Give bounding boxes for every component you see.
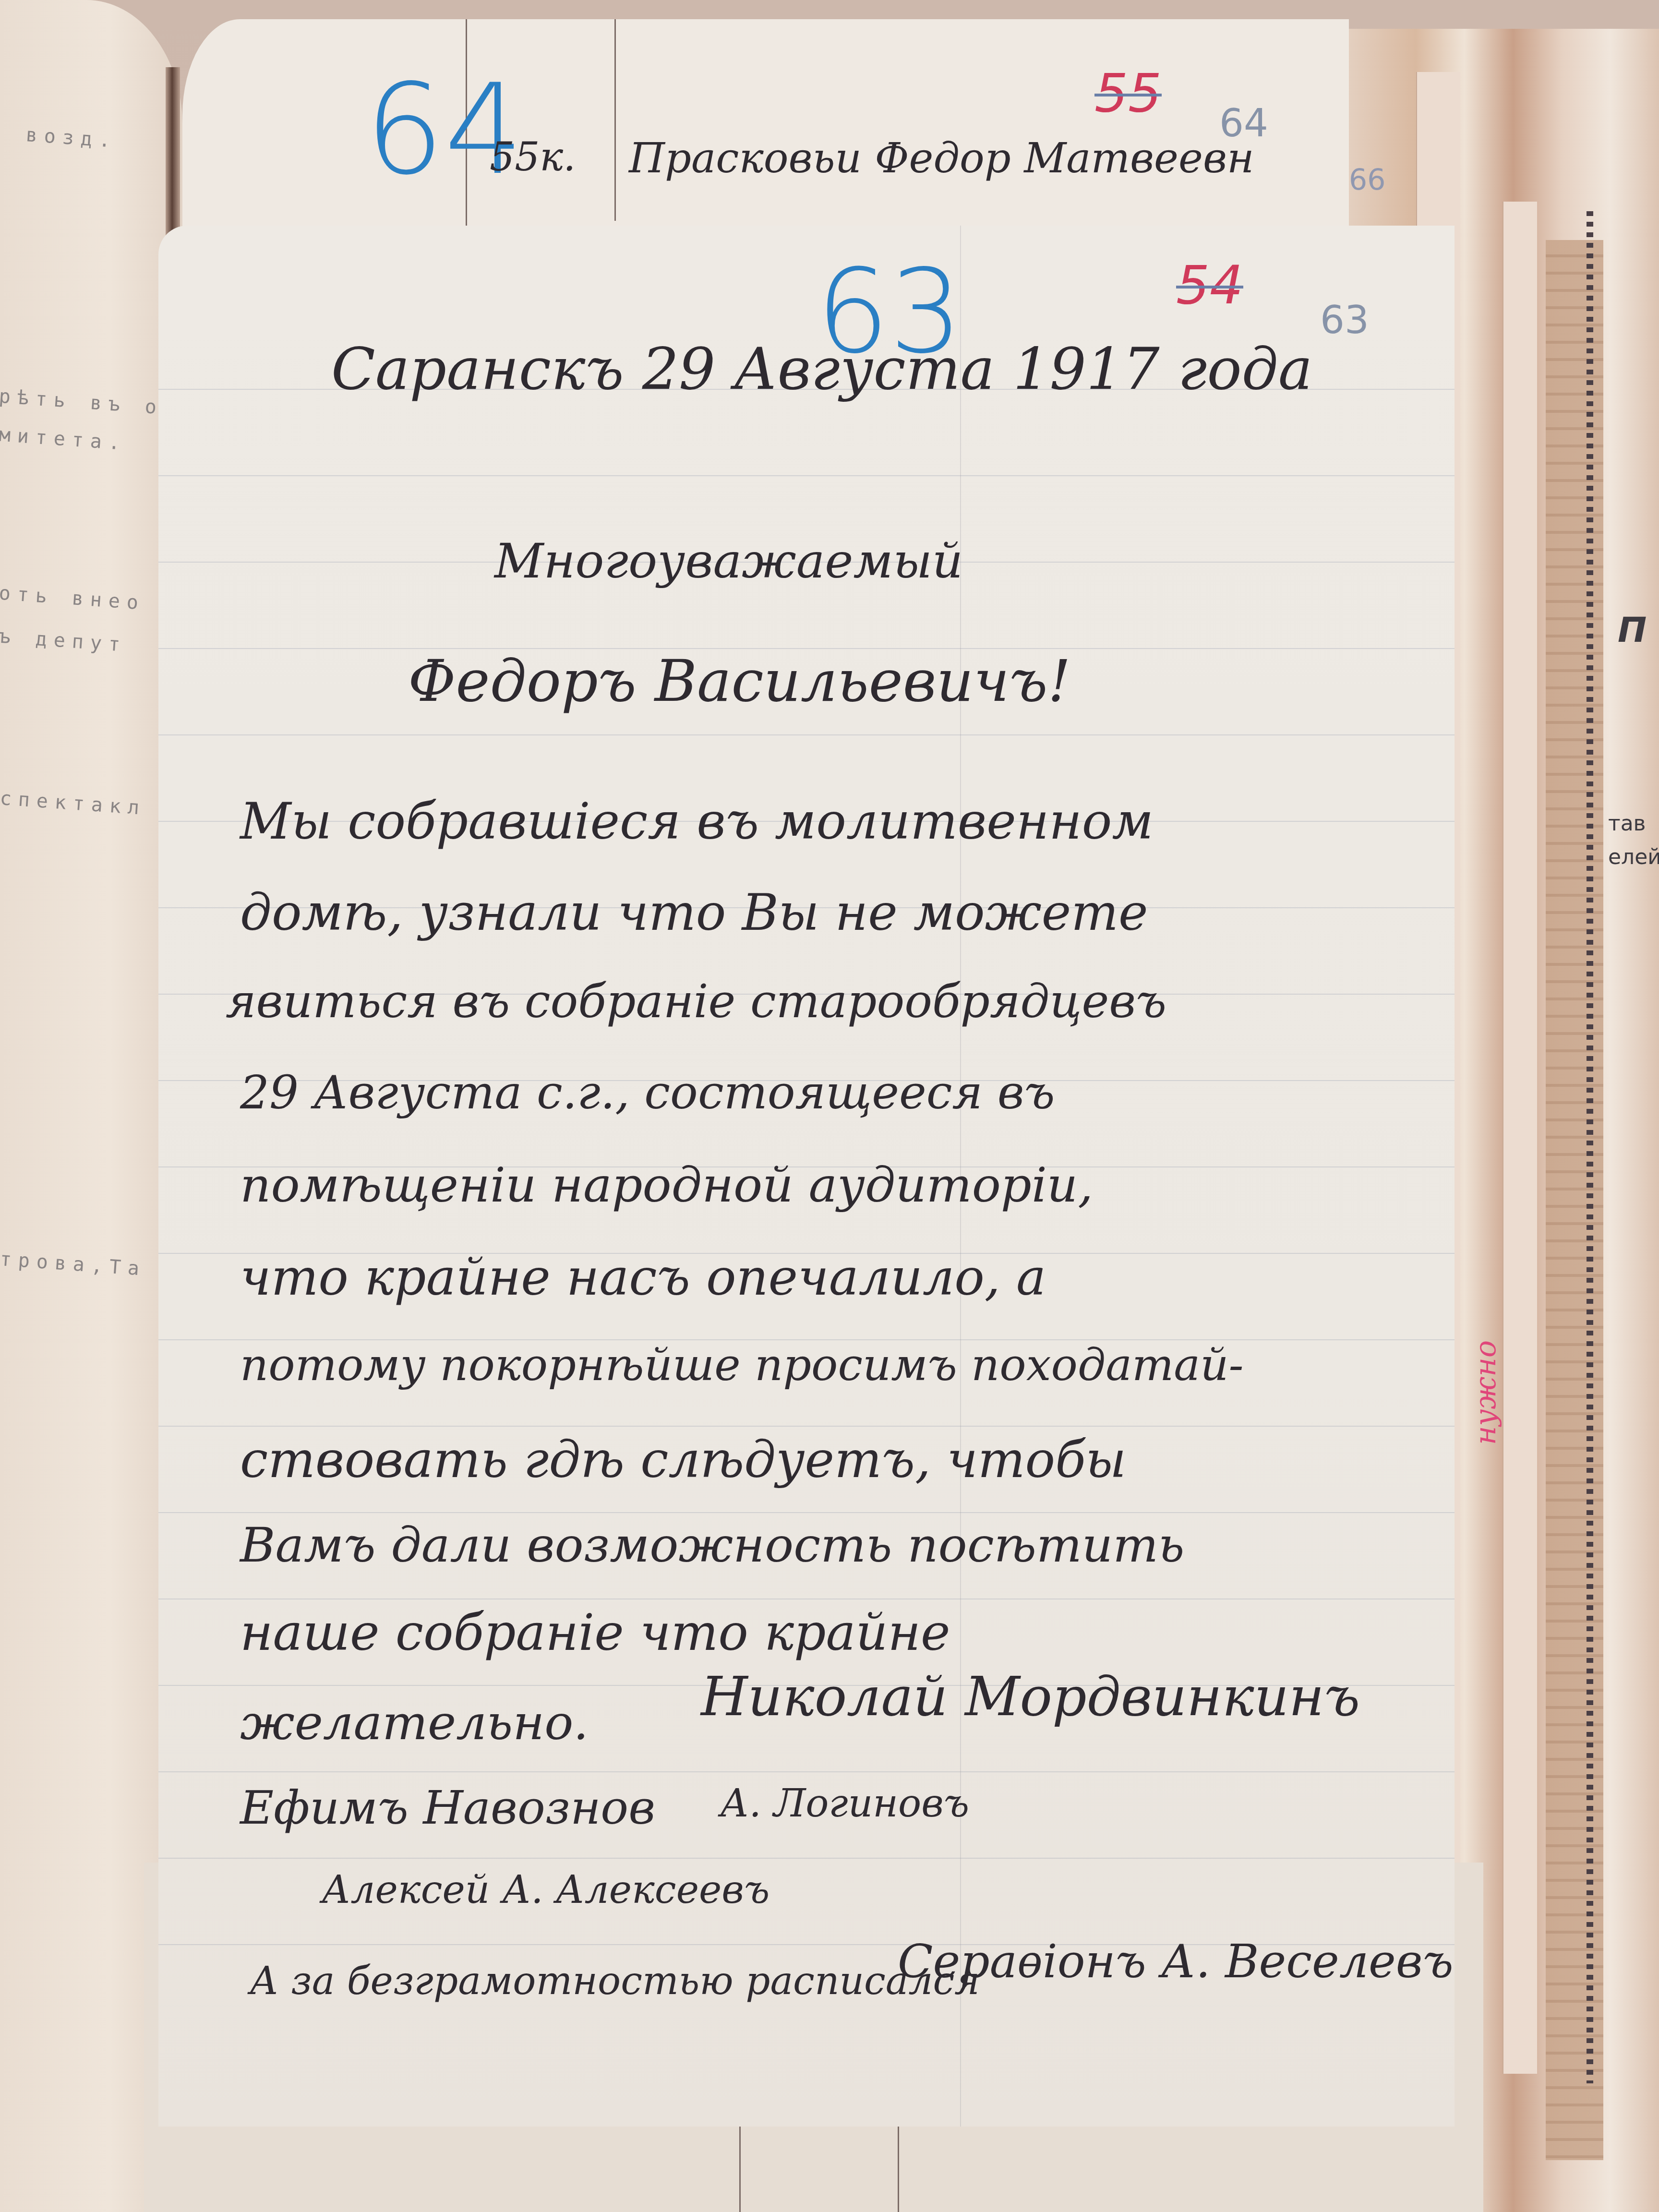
salutation-line-1: Многоуважаемый bbox=[494, 533, 963, 589]
body-line: потому покорнѣйше просимъ походатай- bbox=[240, 1339, 1244, 1391]
place-date: Саранскъ 29 Августа 1917 года bbox=[331, 336, 1312, 403]
printed-fragment: елей bbox=[1608, 845, 1659, 869]
printed-fragment: тав bbox=[1608, 811, 1646, 836]
column-rule bbox=[614, 19, 616, 221]
typed-line: хъ депут bbox=[0, 624, 128, 656]
typed-line: трѣть въ о bbox=[0, 384, 164, 419]
typed-line: спектакл bbox=[0, 787, 147, 819]
entry-number: 55к. bbox=[490, 134, 576, 180]
body-line: 29 Августа с.г., состоящееся въ bbox=[240, 1066, 1055, 1119]
page-edge bbox=[1503, 202, 1537, 2074]
signature: Ефимъ Навознов bbox=[240, 1781, 655, 1835]
printed-ornament-border bbox=[1546, 240, 1603, 2160]
body-line: желательно. bbox=[240, 1695, 589, 1751]
signature-note: А за безграмотностью расписался bbox=[250, 1959, 980, 2003]
margin-red-note: нужно bbox=[1469, 1340, 1503, 1445]
folio-number-pencil: 64 bbox=[1219, 101, 1268, 145]
signature: Сераѳіонъ А. Веселевъ bbox=[898, 1935, 1454, 1988]
body-line: Вамъ дали возможность посѣтить bbox=[240, 1517, 1185, 1573]
folio-number-red-struck: 54 bbox=[1176, 254, 1243, 316]
body-line: помѣщеніи народной аудиторіи, bbox=[240, 1157, 1093, 1213]
printed-fragment: П bbox=[1618, 610, 1647, 650]
body-line: что крайне насъ опечалило, а bbox=[240, 1248, 1046, 1307]
typed-line: тоть внео bbox=[0, 581, 146, 614]
folio-number-blue: 64 bbox=[365, 58, 524, 203]
body-line: явиться въ собраніе старообрядцевъ bbox=[226, 974, 1166, 1028]
salutation-line-2: Федоръ Васильевичъ! bbox=[408, 648, 1071, 715]
entry-name: Прасковьи Федор Матвеевн bbox=[629, 134, 1254, 182]
edge-folio-number: 66 bbox=[1349, 163, 1385, 197]
typed-line: то возд. bbox=[0, 120, 118, 152]
signature: Алексей А. Алексеевъ bbox=[322, 1867, 769, 1912]
typed-line: омитета. bbox=[0, 422, 128, 455]
body-line: наше собраніе что крайне bbox=[240, 1603, 950, 1662]
signature: А. Логиновъ bbox=[720, 1781, 969, 1826]
signature: Николай Мордвинкинъ bbox=[701, 1666, 1360, 1728]
folio-number-red-struck: 55 bbox=[1094, 62, 1162, 124]
letter-sheet: 63 54 63 Саранскъ 29 Августа 1917 года М… bbox=[158, 226, 1455, 2127]
folio-number-pencil: 63 bbox=[1320, 298, 1369, 342]
typed-line: трова,Та bbox=[0, 1248, 147, 1280]
body-line: Мы собравшіеся въ молитвенном bbox=[240, 792, 1154, 851]
printed-dot-border bbox=[1587, 211, 1593, 2083]
body-line: ствовать гдѣ слѣдуетъ, чтобы bbox=[240, 1431, 1126, 1489]
body-line: домѣ, узнали что Вы не можете bbox=[240, 883, 1148, 942]
